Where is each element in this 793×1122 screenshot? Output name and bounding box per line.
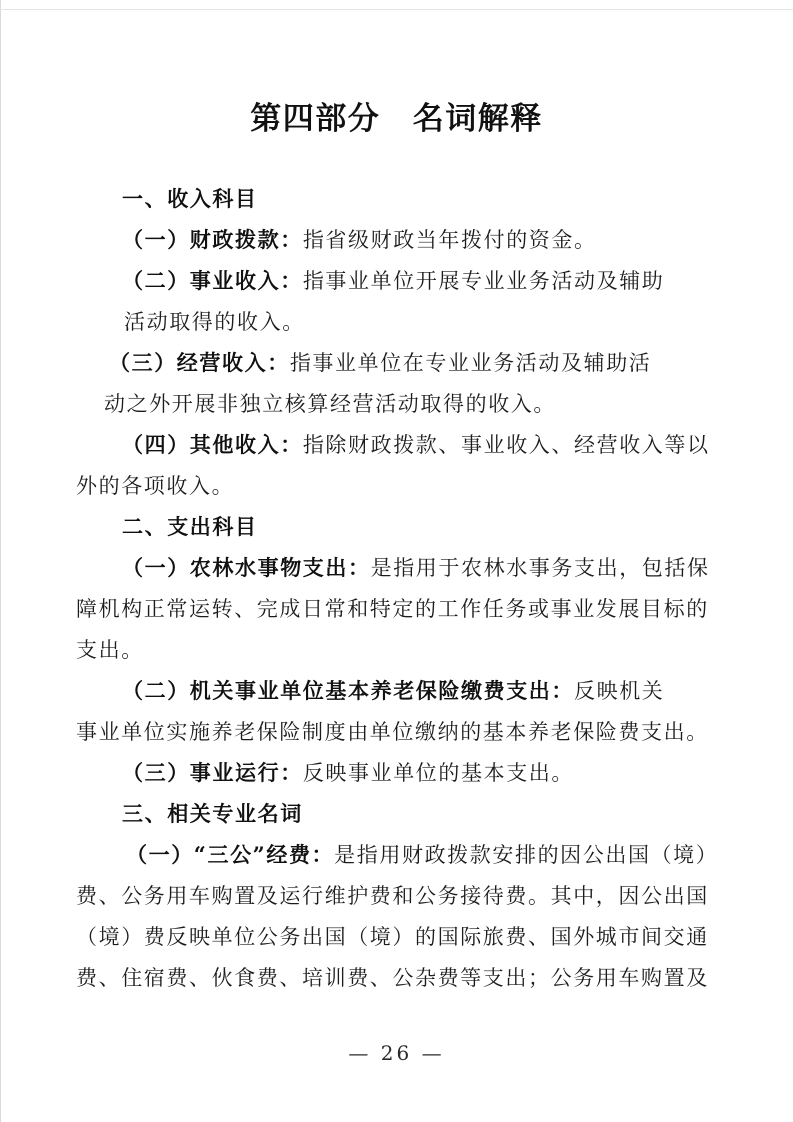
term-definition: 指事业单位开展专业业务活动及辅助 [303,269,665,293]
term-label: （三）事业运行： [122,760,303,785]
term-definition: 费、公务用车购置及运行维护费和公务接待费。其中，因公出国 [76,884,709,908]
term-definition: 是指用于农林水事务支出，包括保 [371,556,710,580]
term-three-public-funds-line3: （境）费反映单位公务出国（境）的国际旅费、国外城市间交通 [76,924,709,950]
page-left-edge-line [0,0,1,1122]
term-definition: 指省级财政当年拨付的资金。 [303,228,597,252]
term-definition: 反映机关 [574,679,664,703]
term-definition: 支出。 [76,638,144,662]
page-title: 第四部分 名词解释 [0,93,793,138]
section2-heading-expenditure: 二、支出科目 [122,514,258,540]
term-pension-contribution-line2: 事业单位实施养老保险制度由单位缴纳的基本养老保险费支出。 [76,719,709,745]
term-definition: 反映事业单位的基本支出。 [303,761,574,785]
term-institution-operation: （三）事业运行：反映事业单位的基本支出。 [122,760,574,786]
term-definition: 活动取得的收入。 [124,310,305,334]
term-label: （二）机关事业单位基本养老保险缴费支出： [122,678,574,703]
section-heading-text: 二、支出科目 [122,514,258,539]
term-definition: 指事业单位在专业业务活动及辅助活 [290,351,652,375]
term-three-public-funds-line4: 费、住宿费、伙食费、培训费、公杂费等支出；公务用车购置及 [76,965,709,991]
term-other-income-line1: （四）其他收入：指除财政拨款、事业收入、经营收入等以 [122,432,710,458]
term-operating-income-line2: 动之外开展非独立核算经营活动取得的收入。 [104,391,556,417]
term-definition: （境）费反映单位公务出国（境）的国际旅费、国外城市间交通 [76,925,709,949]
page-top-edge-line [0,9,793,10]
section1-heading-income: 一、收入科目 [122,186,258,212]
term-label: （二）事业收入： [122,268,303,293]
term-institution-income-line2: 活动取得的收入。 [124,309,305,335]
page-number: — 26 — [0,1041,793,1065]
term-definition: 动之外开展非独立核算经营活动取得的收入。 [104,392,556,416]
term-label: （三）经营收入： [109,350,290,375]
section3-heading-terminology: 三、相关专业名词 [122,801,303,827]
section-heading-text: 三、相关专业名词 [122,801,303,826]
term-three-public-funds-line1: （一）“三公”经费：是指用财政拨款安排的因公出国（境） [126,842,718,868]
term-definition: 是指用财政拨款安排的因公出国（境） [334,843,718,867]
term-definition: 事业单位实施养老保险制度由单位缴纳的基本养老保险费支出。 [76,720,709,744]
term-label: （一）农林水事物支出： [122,555,371,580]
term-other-income-line2: 外的各项收入。 [76,473,234,499]
term-three-public-funds-line2: 费、公务用车购置及运行维护费和公务接待费。其中，因公出国 [76,883,709,909]
section-heading-text: 一、收入科目 [122,186,258,211]
term-label: （四）其他收入： [122,432,303,457]
term-fiscal-appropriation: （一）财政拨款：指省级财政当年拨付的资金。 [122,227,597,253]
term-institution-income-line1: （二）事业收入：指事业单位开展专业业务活动及辅助 [122,268,664,294]
term-label: （一）“三公”经费： [126,842,334,867]
term-operating-income-line1: （三）经营收入：指事业单位在专业业务活动及辅助活 [109,350,651,376]
term-agriculture-expenditure-line1: （一）农林水事物支出：是指用于农林水事务支出，包括保 [122,555,710,581]
term-agriculture-expenditure-line3: 支出。 [76,637,144,663]
term-label: （一）财政拨款： [122,227,303,252]
term-definition: 外的各项收入。 [76,474,234,498]
term-definition: 指除财政拨款、事业收入、经营收入等以 [303,433,710,457]
term-definition: 费、住宿费、伙食费、培训费、公杂费等支出；公务用车购置及 [76,966,709,990]
term-definition: 障机构正常运转、完成日常和特定的工作任务或事业发展目标的 [76,597,709,621]
term-agriculture-expenditure-line2: 障机构正常运转、完成日常和特定的工作任务或事业发展目标的 [76,596,709,622]
term-pension-contribution-line1: （二）机关事业单位基本养老保险缴费支出：反映机关 [122,678,664,704]
document-page: 第四部分 名词解释 一、收入科目 （一）财政拨款：指省级财政当年拨付的资金。 （… [0,0,793,1122]
